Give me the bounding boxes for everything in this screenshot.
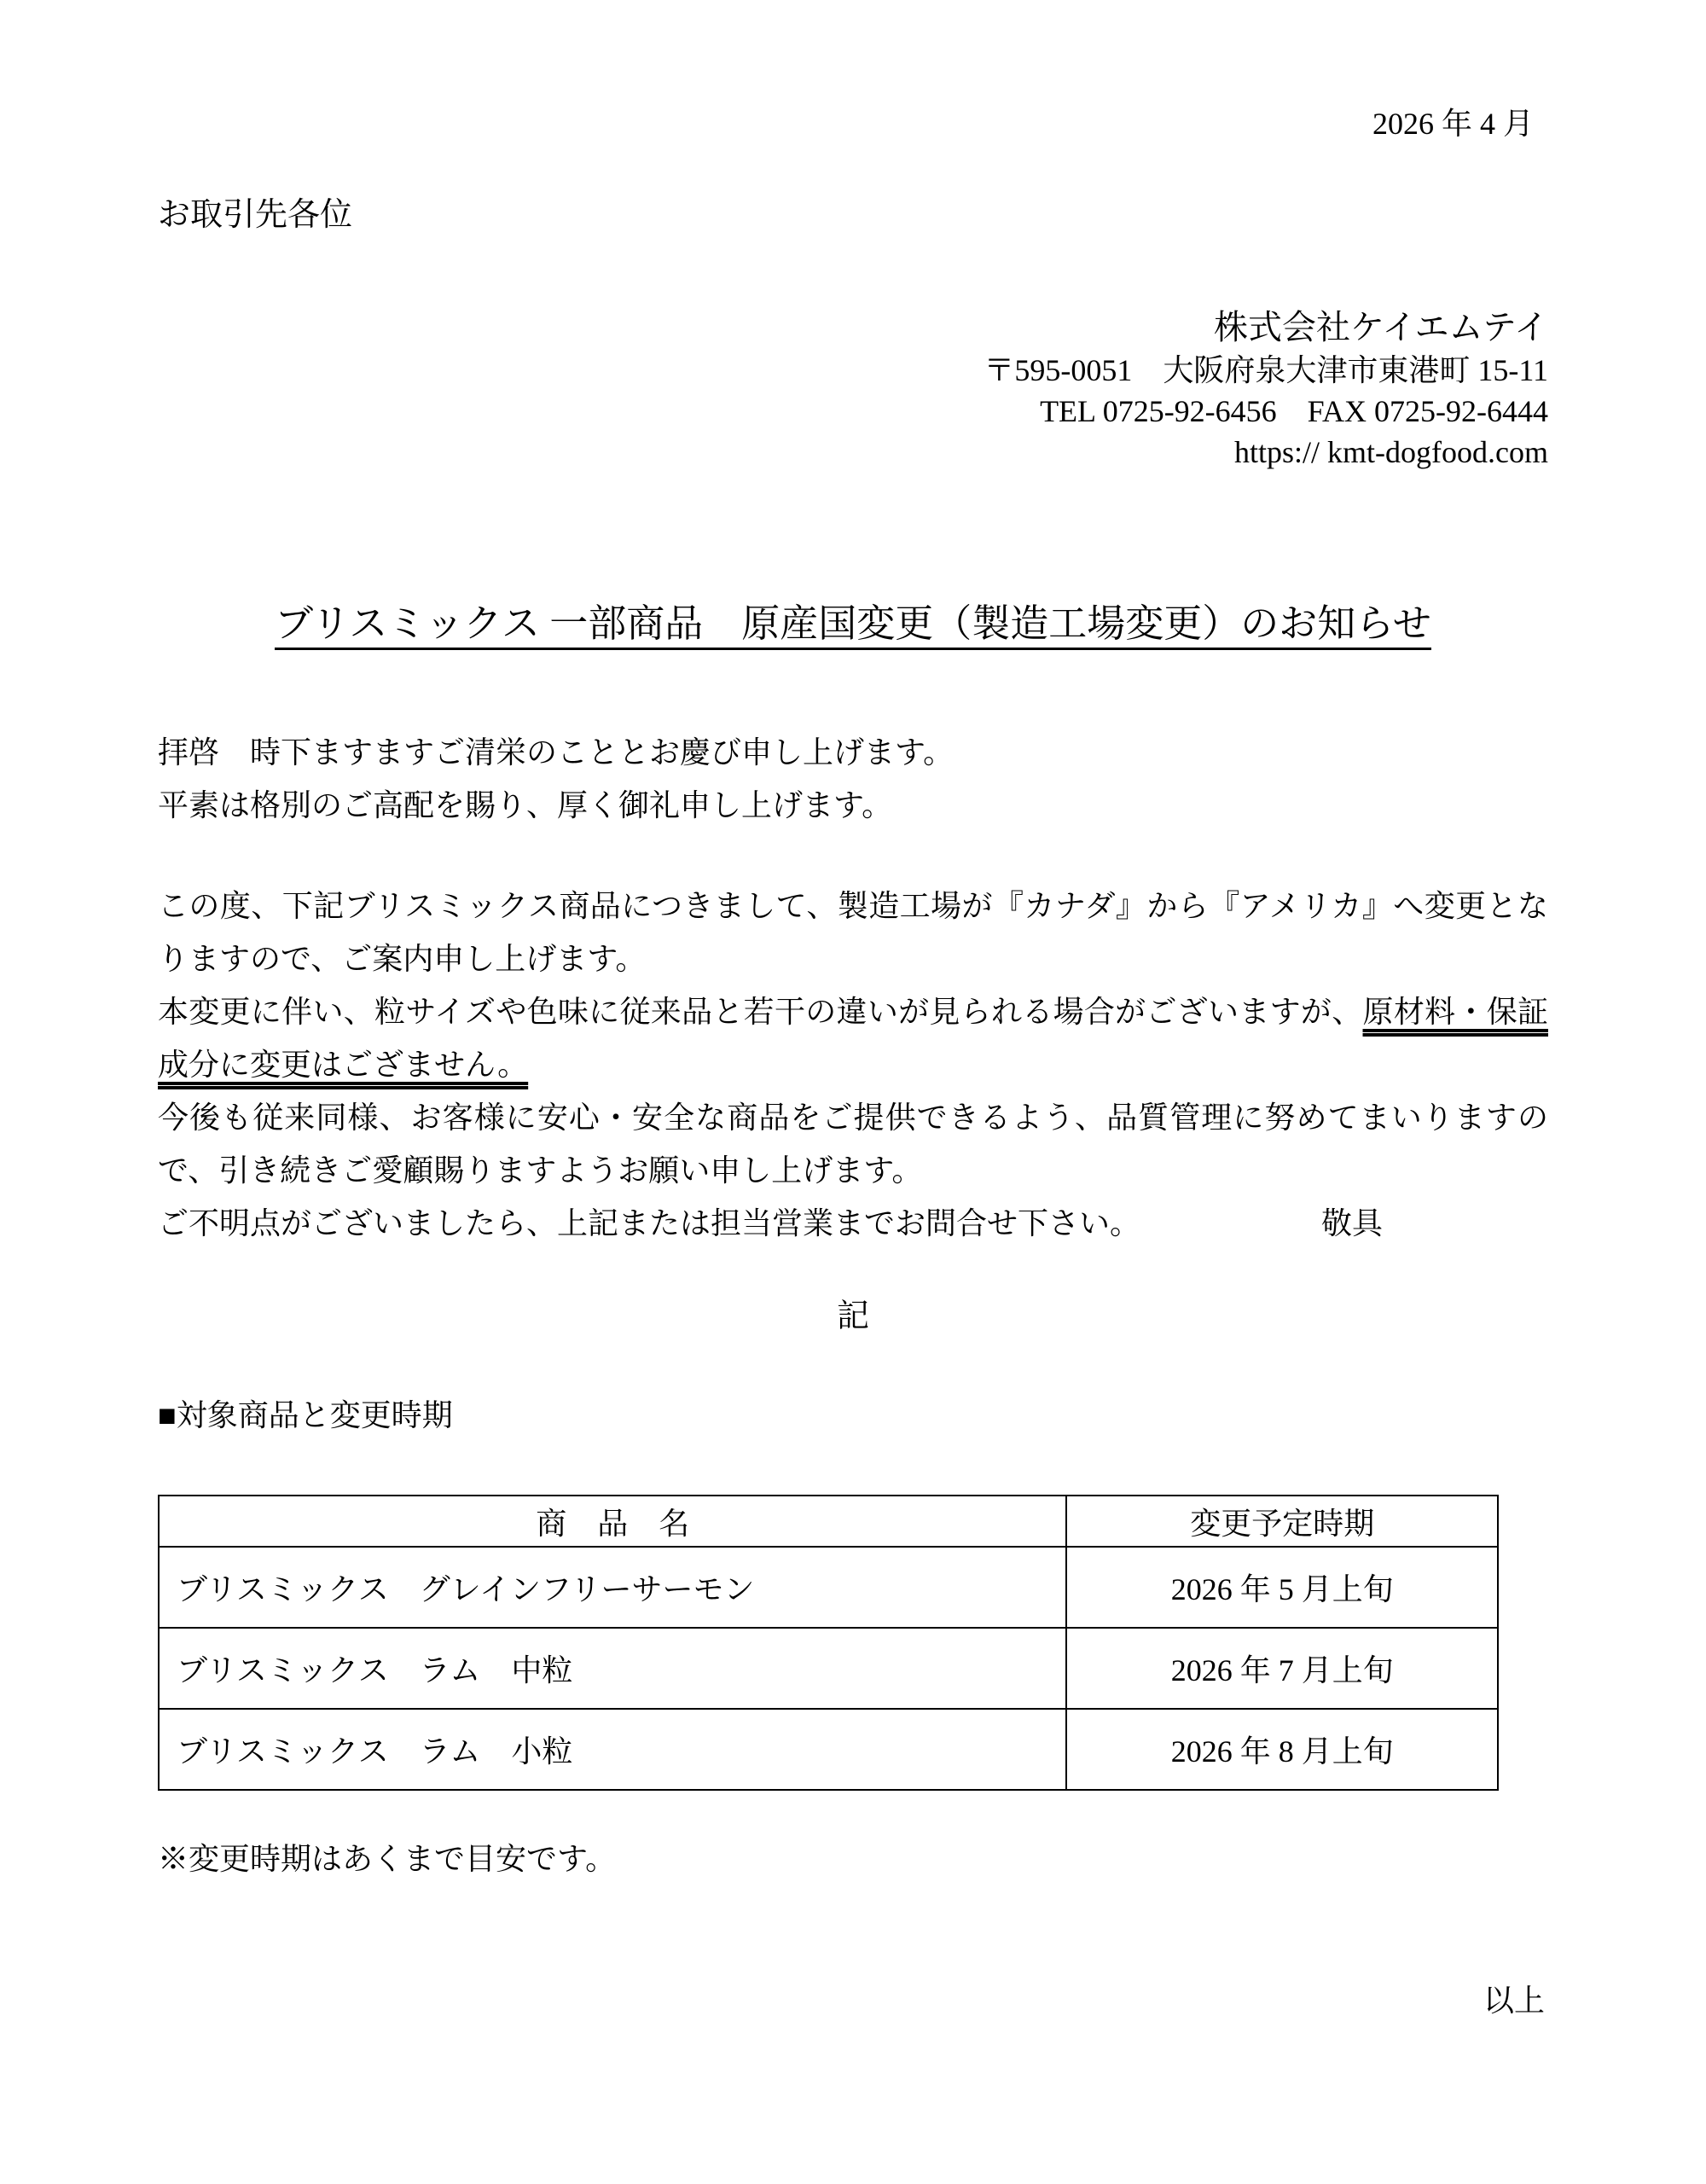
header-product-name: 商 品 名 bbox=[159, 1496, 1066, 1547]
greeting-line-1: 拝啓 時下ますますご清栄のこととお慶び申し上げます。 bbox=[158, 726, 1548, 779]
record-marker: 記 bbox=[158, 1290, 1548, 1343]
greeting-line-2: 平素は格別のご高配を賜り、厚く御礼申し上げます。 bbox=[158, 779, 1548, 832]
table-row: ブリスミックス ラム 中粒 2026 年 7 月上旬 bbox=[159, 1628, 1498, 1709]
body-paragraph-4: ご不明点がございましたら、上記または担当営業までお問合せ下さい。敬具 bbox=[158, 1197, 1548, 1250]
greeting-block: 拝啓 時下ますますご清栄のこととお慶び申し上げます。 平素は格別のご高配を賜り、… bbox=[158, 726, 1548, 832]
body-paragraph-2: 本変更に伴い、粒サイズや色味に従来品と若干の違いが見られる場合がございますが、原… bbox=[158, 985, 1548, 1091]
document-date: 2026 年 4 月 bbox=[1372, 102, 1534, 145]
change-timing-cell: 2026 年 5 月上旬 bbox=[1066, 1547, 1498, 1628]
title-container: ブリスミックス 一部商品 原産国変更（製造工場変更）のお知らせ bbox=[158, 602, 1548, 650]
section-heading: ■対象商品と変更時期 bbox=[158, 1389, 453, 1442]
inquiry-line: ご不明点がございましたら、上記または担当営業までお問合せ下さい。 bbox=[158, 1206, 1140, 1240]
change-timing-cell: 2026 年 8 月上旬 bbox=[1066, 1709, 1498, 1790]
sender-tel-fax: TEL 0725-92-6456 FAX 0725-92-6444 bbox=[984, 391, 1548, 432]
ijou-closing: 以上 bbox=[1483, 1979, 1545, 2022]
products-table: 商 品 名 変更予定時期 ブリスミックス グレインフリーサーモン 2026 年 … bbox=[158, 1495, 1499, 1791]
table-row: ブリスミックス ラム 小粒 2026 年 8 月上旬 bbox=[159, 1709, 1498, 1790]
sender-company-name: 株式会社ケイエムテイ bbox=[984, 305, 1548, 350]
product-name-cell: ブリスミックス グレインフリーサーモン bbox=[159, 1547, 1066, 1628]
body-paragraph-1: この度、下記ブリスミックス商品につきまして、製造工場が『カナダ』から『アメリカ』… bbox=[158, 880, 1548, 985]
body-paragraph-3: 今後も従来同様、お客様に安心・安全な商品をご提供できるよう、品質管理に努めてまい… bbox=[158, 1091, 1548, 1197]
body-block: この度、下記ブリスミックス商品につきまして、製造工場が『カナダ』から『アメリカ』… bbox=[158, 880, 1548, 1250]
document-page: 2026 年 4 月 お取引先各位 株式会社ケイエムテイ 〒595-0051 大… bbox=[0, 0, 1706, 2184]
table-row: ブリスミックス グレインフリーサーモン 2026 年 5 月上旬 bbox=[159, 1547, 1498, 1628]
sender-website: https:// kmt-dogfood.com bbox=[984, 432, 1548, 473]
recipient-line: お取引先各位 bbox=[158, 193, 352, 237]
document-title: ブリスミックス 一部商品 原産国変更（製造工場変更）のお知らせ bbox=[275, 602, 1431, 650]
keigu-closing: 敬具 bbox=[1321, 1197, 1383, 1250]
product-name-cell: ブリスミックス ラム 小粒 bbox=[159, 1709, 1066, 1790]
table-header-row: 商 品 名 変更予定時期 bbox=[159, 1496, 1498, 1547]
body-paragraph-2-text: 本変更に伴い、粒サイズや色味に従来品と若干の違いが見られる場合がございますが、 bbox=[158, 995, 1363, 1029]
sender-address: 〒595-0051 大阪府泉大津市東港町 15-11 bbox=[984, 350, 1548, 391]
product-name-cell: ブリスミックス ラム 中粒 bbox=[159, 1628, 1066, 1709]
change-timing-cell: 2026 年 7 月上旬 bbox=[1066, 1628, 1498, 1709]
note-line: ※変更時期はあくまで目安です。 bbox=[158, 1833, 616, 1885]
header-change-timing: 変更予定時期 bbox=[1066, 1496, 1498, 1547]
sender-block: 株式会社ケイエムテイ 〒595-0051 大阪府泉大津市東港町 15-11 TE… bbox=[984, 305, 1548, 473]
